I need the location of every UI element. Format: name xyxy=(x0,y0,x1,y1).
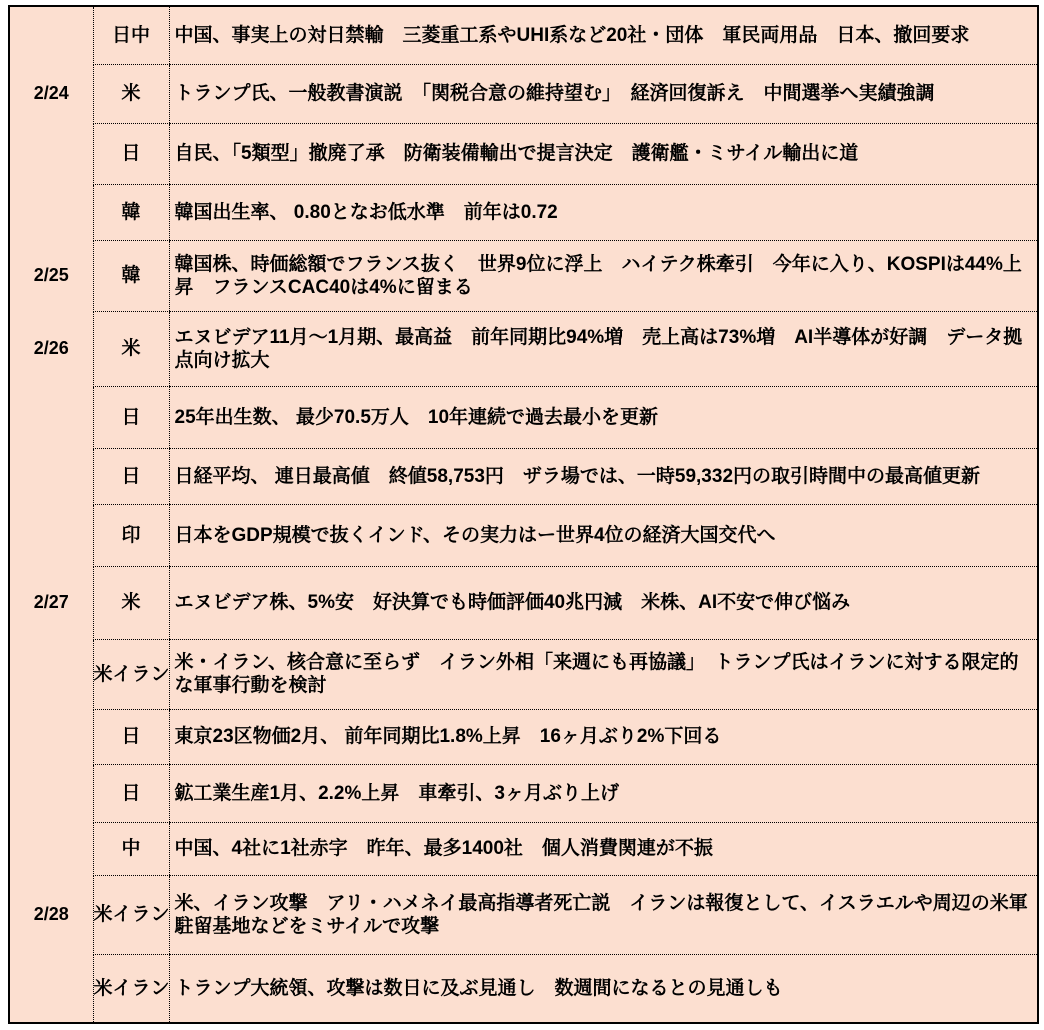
news-table-body: 日中 中国、事実上の対日禁輸 三菱重工系やUHI系など20社・団体 軍民両用品 … xyxy=(9,6,1038,1023)
date-cell xyxy=(9,504,93,566)
table-row: 米イラン トランプ大統領、攻撃は数日に及ぶ見通し 数週間になるとの見通しも xyxy=(9,954,1038,1023)
region-label: 米イラン xyxy=(93,639,169,709)
table-row: 日 日経平均、 連日最高値 終値58,753円 ザラ場では、一時59,332円の… xyxy=(9,448,1038,504)
region-label: 米 xyxy=(93,566,169,639)
region-label: 日 xyxy=(93,123,169,184)
region-label: 米 xyxy=(93,311,169,386)
region-label: 韓 xyxy=(93,184,169,240)
table-row: 2/25 韓 韓国株、時価総額でフランス抜く 世界9位に浮上 ハイテク株牽引 今… xyxy=(9,240,1038,311)
table-row: 2/28 米イラン 米、イラン攻撃 アリ・ハメネイ最高指導者死亡説 イランは報復… xyxy=(9,875,1038,954)
headline-text: エヌビデア株、5%安 好決算でも時価評価40兆円減 米株、AI不安で伸び悩み xyxy=(169,566,1038,639)
table-row: 日 鉱工業生産1月、2.2%上昇 車牽引、3ヶ月ぶり上げ xyxy=(9,764,1038,822)
headline-text: 東京23区物価2月、 前年同期比1.8%上昇 16ヶ月ぶり2%下回る xyxy=(169,709,1038,764)
region-label: 日 xyxy=(93,709,169,764)
date-cell: 2/24 xyxy=(9,64,93,123)
headline-text: 中国、事実上の対日禁輸 三菱重工系やUHI系など20社・団体 軍民両用品 日本、… xyxy=(169,6,1038,64)
news-table: 日中 中国、事実上の対日禁輸 三菱重工系やUHI系など20社・団体 軍民両用品 … xyxy=(8,5,1039,1024)
date-cell: 2/28 xyxy=(9,875,93,954)
date-cell: 2/25 xyxy=(9,240,93,311)
region-label: 韓 xyxy=(93,240,169,311)
table-row: 日中 中国、事実上の対日禁輸 三菱重工系やUHI系など20社・団体 軍民両用品 … xyxy=(9,6,1038,64)
table-row: 印 日本をGDP規模で抜くインド、その実力はー世界4位の経済大国交代へ xyxy=(9,504,1038,566)
region-label: 米 xyxy=(93,64,169,123)
date-cell xyxy=(9,123,93,184)
table-row: 日 25年出生数、 最少70.5万人 10年連続で過去最小を更新 xyxy=(9,386,1038,448)
table-row: 2/27 米 エヌビデア株、5%安 好決算でも時価評価40兆円減 米株、AI不安… xyxy=(9,566,1038,639)
region-label: 中 xyxy=(93,822,169,875)
date-cell: 2/26 xyxy=(9,311,93,386)
region-label: 印 xyxy=(93,504,169,566)
region-label: 日 xyxy=(93,448,169,504)
date-cell xyxy=(9,448,93,504)
date-cell xyxy=(9,6,93,64)
headline-text: トランプ大統領、攻撃は数日に及ぶ見通し 数週間になるとの見通しも xyxy=(169,954,1038,1023)
headline-text: 鉱工業生産1月、2.2%上昇 車牽引、3ヶ月ぶり上げ xyxy=(169,764,1038,822)
region-label: 日 xyxy=(93,386,169,448)
page: 日中 中国、事実上の対日禁輸 三菱重工系やUHI系など20社・団体 軍民両用品 … xyxy=(0,0,1044,1024)
date-cell xyxy=(9,764,93,822)
table-row: 日 東京23区物価2月、 前年同期比1.8%上昇 16ヶ月ぶり2%下回る xyxy=(9,709,1038,764)
date-cell xyxy=(9,709,93,764)
region-label: 日中 xyxy=(93,6,169,64)
headline-text: トランプ氏、一般教書演説 「関税合意の維持望む」 経済回復訴え 中間選挙へ実績強… xyxy=(169,64,1038,123)
table-row: 日 自民、「5類型」撤廃了承 防衛装備輸出で提言決定 護衛艦・ミサイル輸出に道 xyxy=(9,123,1038,184)
table-row: 米イラン 米・イラン、核合意に至らず イラン外相「来週にも再協議」 トランプ氏は… xyxy=(9,639,1038,709)
headline-text: 米、イラン攻撃 アリ・ハメネイ最高指導者死亡説 イランは報復として、イスラエルや… xyxy=(169,875,1038,954)
region-label: 日 xyxy=(93,764,169,822)
region-label: 米イラン xyxy=(93,954,169,1023)
region-label: 米イラン xyxy=(93,875,169,954)
table-row: 中 中国、4社に1社赤字 昨年、最多1400社 個人消費関連が不振 xyxy=(9,822,1038,875)
table-row: 2/24 米 トランプ氏、一般教書演説 「関税合意の維持望む」 経済回復訴え 中… xyxy=(9,64,1038,123)
date-cell xyxy=(9,184,93,240)
headline-text: 米・イラン、核合意に至らず イラン外相「来週にも再協議」 トランプ氏はイランに対… xyxy=(169,639,1038,709)
headline-text: 自民、「5類型」撤廃了承 防衛装備輸出で提言決定 護衛艦・ミサイル輸出に道 xyxy=(169,123,1038,184)
headline-text: 中国、4社に1社赤字 昨年、最多1400社 個人消費関連が不振 xyxy=(169,822,1038,875)
headline-text: 25年出生数、 最少70.5万人 10年連続で過去最小を更新 xyxy=(169,386,1038,448)
headline-text: 韓国出生率、 0.80となお低水準 前年は0.72 xyxy=(169,184,1038,240)
date-cell: 2/27 xyxy=(9,566,93,639)
table-row: 韓 韓国出生率、 0.80となお低水準 前年は0.72 xyxy=(9,184,1038,240)
date-cell xyxy=(9,639,93,709)
headline-text: 日本をGDP規模で抜くインド、その実力はー世界4位の経済大国交代へ xyxy=(169,504,1038,566)
date-cell xyxy=(9,822,93,875)
headline-text: エヌビデア11月～1月期、最高益 前年同期比94%増 売上高は73%増 AI半導… xyxy=(169,311,1038,386)
headline-text: 韓国株、時価総額でフランス抜く 世界9位に浮上 ハイテク株牽引 今年に入り、KO… xyxy=(169,240,1038,311)
date-cell xyxy=(9,954,93,1023)
table-row: 2/26 米 エヌビデア11月～1月期、最高益 前年同期比94%増 売上高は73… xyxy=(9,311,1038,386)
headline-text: 日経平均、 連日最高値 終値58,753円 ザラ場では、一時59,332円の取引… xyxy=(169,448,1038,504)
date-cell xyxy=(9,386,93,448)
